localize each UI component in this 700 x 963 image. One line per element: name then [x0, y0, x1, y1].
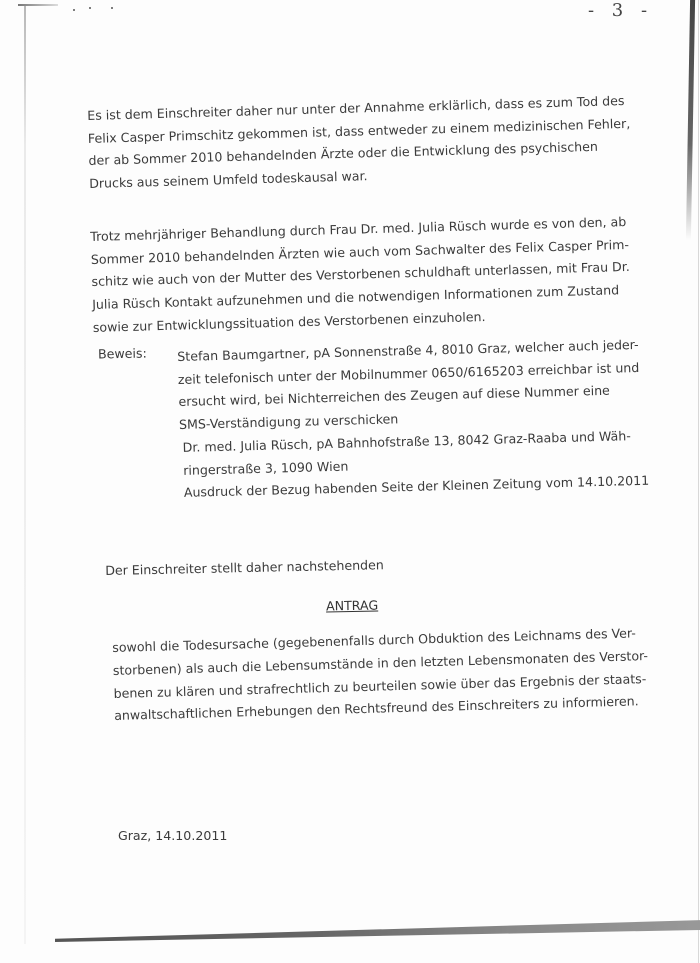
scan-speck [89, 7, 91, 9]
paragraph-cause-of-death: Es ist dem Einschreiter daher nur unter … [87, 90, 632, 196]
page-number: - 3 - [588, 0, 653, 21]
evidence-list: Stefan Baumgartner, pA Sonnenstraße 4, 8… [177, 334, 649, 505]
scan-bottom-edge-shadow [55, 920, 700, 942]
request-paragraph: sowohl die Todesursache (gegebenenfalls … [112, 622, 650, 728]
scan-speck [73, 9, 75, 11]
request-heading: ANTRAG [326, 598, 378, 614]
paragraph-treatment: Trotz mehrjähriger Behandlung durch Frau… [90, 211, 631, 340]
scan-right-edge-shadow [686, 0, 695, 240]
scan-left-edge [24, 4, 26, 944]
scanned-page: - 3 - Es ist dem Einschreiter daher nur … [0, 0, 700, 963]
scan-top-corner [18, 4, 58, 6]
scan-right-edge [698, 0, 699, 963]
request-intro: Der Einschreiter stellt daher nachstehen… [105, 554, 384, 583]
evidence-label: Beweis: [98, 345, 147, 361]
place-and-date: Graz, 14.10.2011 [118, 825, 227, 848]
scan-speck [111, 7, 113, 9]
